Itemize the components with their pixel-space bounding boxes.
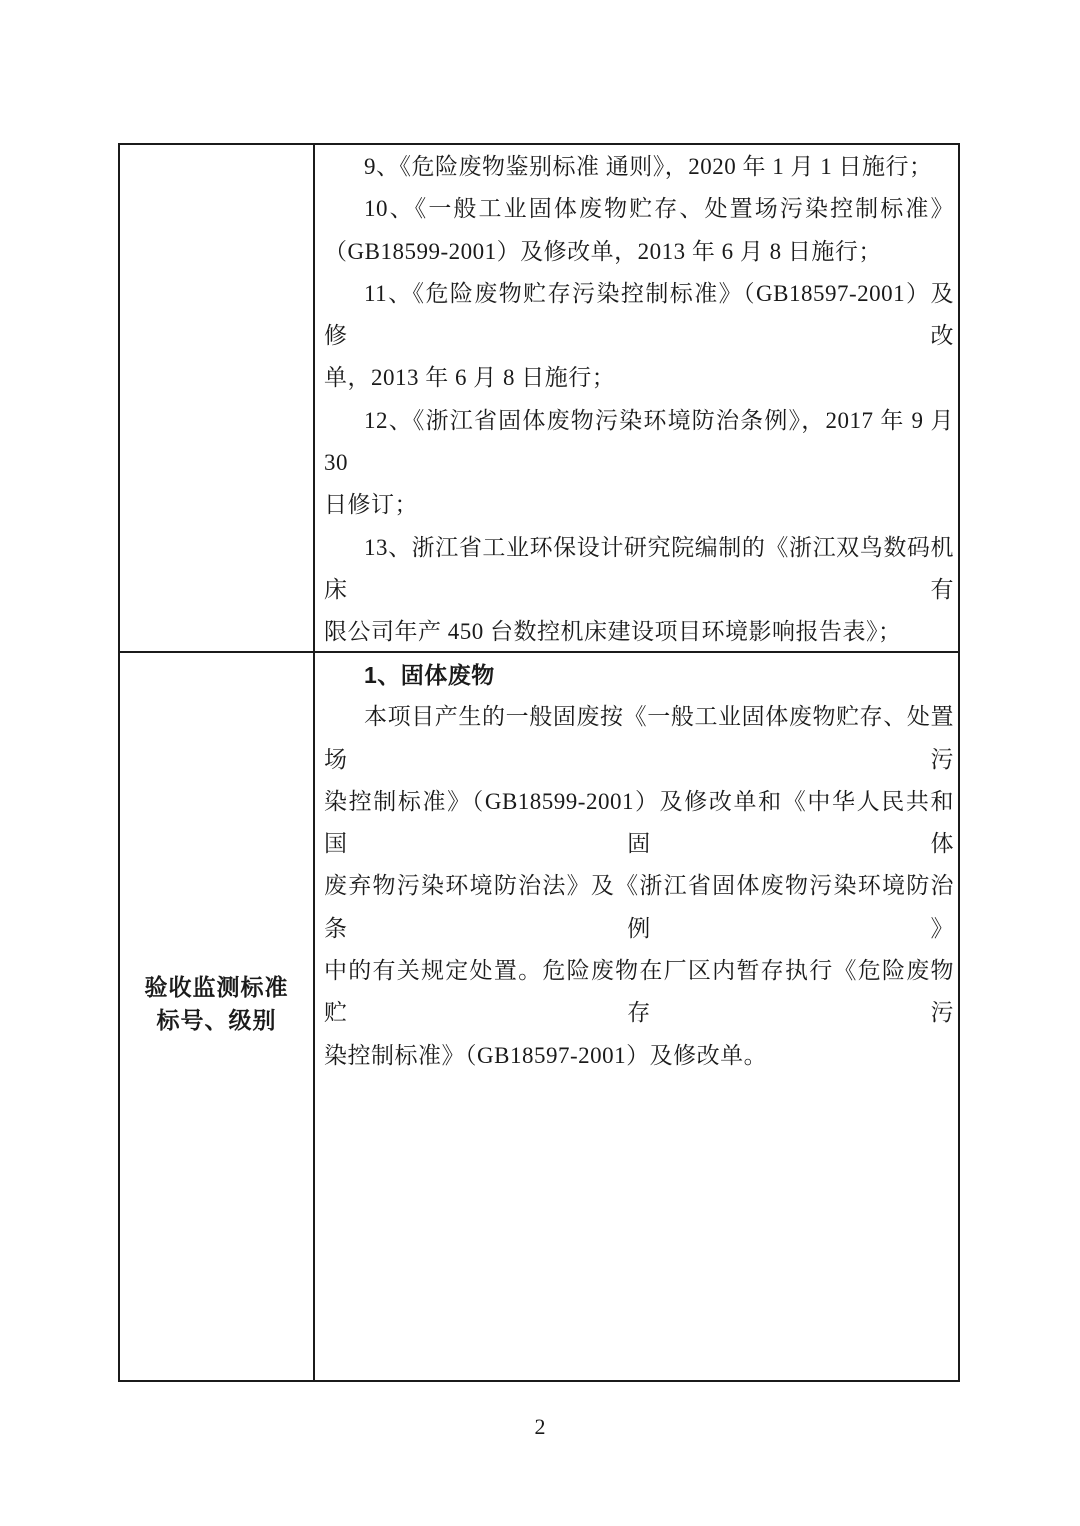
- row1-content-cell: 9、《危险废物鉴别标准 通则》，2020 年 1 月 1 日施行； 10、《一般…: [315, 145, 958, 653]
- standards-table: 9、《危险废物鉴别标准 通则》，2020 年 1 月 1 日施行； 10、《一般…: [118, 143, 960, 1382]
- row1-header-cell: [120, 145, 315, 653]
- solid-waste-section: 1、固体废物 本项目产生的一般固废按《一般工业固体废物贮存、处置场污 染控制标准…: [315, 653, 958, 1077]
- solid-waste-paragraph-line: 染控制标准》（GB18597-2001）及修改单。: [324, 1035, 954, 1077]
- document-page: 9、《危险废物鉴别标准 通则》，2020 年 1 月 1 日施行； 10、《一般…: [0, 0, 1080, 1526]
- standards-list-line: 10、《一般工业固体废物贮存、处置场污染控制标准》: [324, 188, 954, 230]
- solid-waste-paragraph-line: 废弃物污染环境防治法》及《浙江省固体废物污染环境防治条例》: [324, 865, 954, 950]
- standards-list-line: 13、浙江省工业环保设计研究院编制的《浙江双鸟数码机床有: [324, 527, 954, 612]
- solid-waste-paragraph-line: 染控制标准》（GB18599-2001）及修改单和《中华人民共和国固体: [324, 781, 954, 866]
- standards-list-line: 9、《危险废物鉴别标准 通则》，2020 年 1 月 1 日施行；: [324, 146, 954, 188]
- verification-standards-label-line2: 标号、级别: [157, 1004, 277, 1037]
- standards-list-line: 11、《危险废物贮存污染控制标准》（GB18597-2001）及修改: [324, 273, 954, 358]
- standards-list-line: （GB18599-2001）及修改单，2013 年 6 月 8 日施行；: [324, 231, 954, 273]
- standards-list-line: 单，2013 年 6 月 8 日施行；: [324, 357, 954, 399]
- row2-header-cell: 验收监测标准 标号、级别: [120, 653, 315, 1380]
- solid-waste-paragraph-line: 本项目产生的一般固废按《一般工业固体废物贮存、处置场污: [324, 696, 954, 781]
- standards-list-line: 12、《浙江省固体废物污染环境防治条例》，2017 年 9 月 30: [324, 400, 954, 485]
- solid-waste-paragraph-line: 中的有关规定处置。危险废物在厂区内暂存执行《危险废物贮存污: [324, 950, 954, 1035]
- standards-list: 9、《危险废物鉴别标准 通则》，2020 年 1 月 1 日施行； 10、《一般…: [315, 145, 958, 653]
- row2-content-cell: 1、固体废物 本项目产生的一般固废按《一般工业固体废物贮存、处置场污 染控制标准…: [315, 653, 958, 1380]
- standards-list-line: 限公司年产 450 台数控机床建设项目环境影响报告表》；: [324, 611, 954, 653]
- verification-standards-label-line1: 验收监测标准: [145, 971, 289, 1004]
- standards-list-line: 日修订；: [324, 484, 954, 526]
- solid-waste-heading: 1、固体废物: [324, 654, 954, 696]
- page-number: 2: [0, 1414, 1080, 1440]
